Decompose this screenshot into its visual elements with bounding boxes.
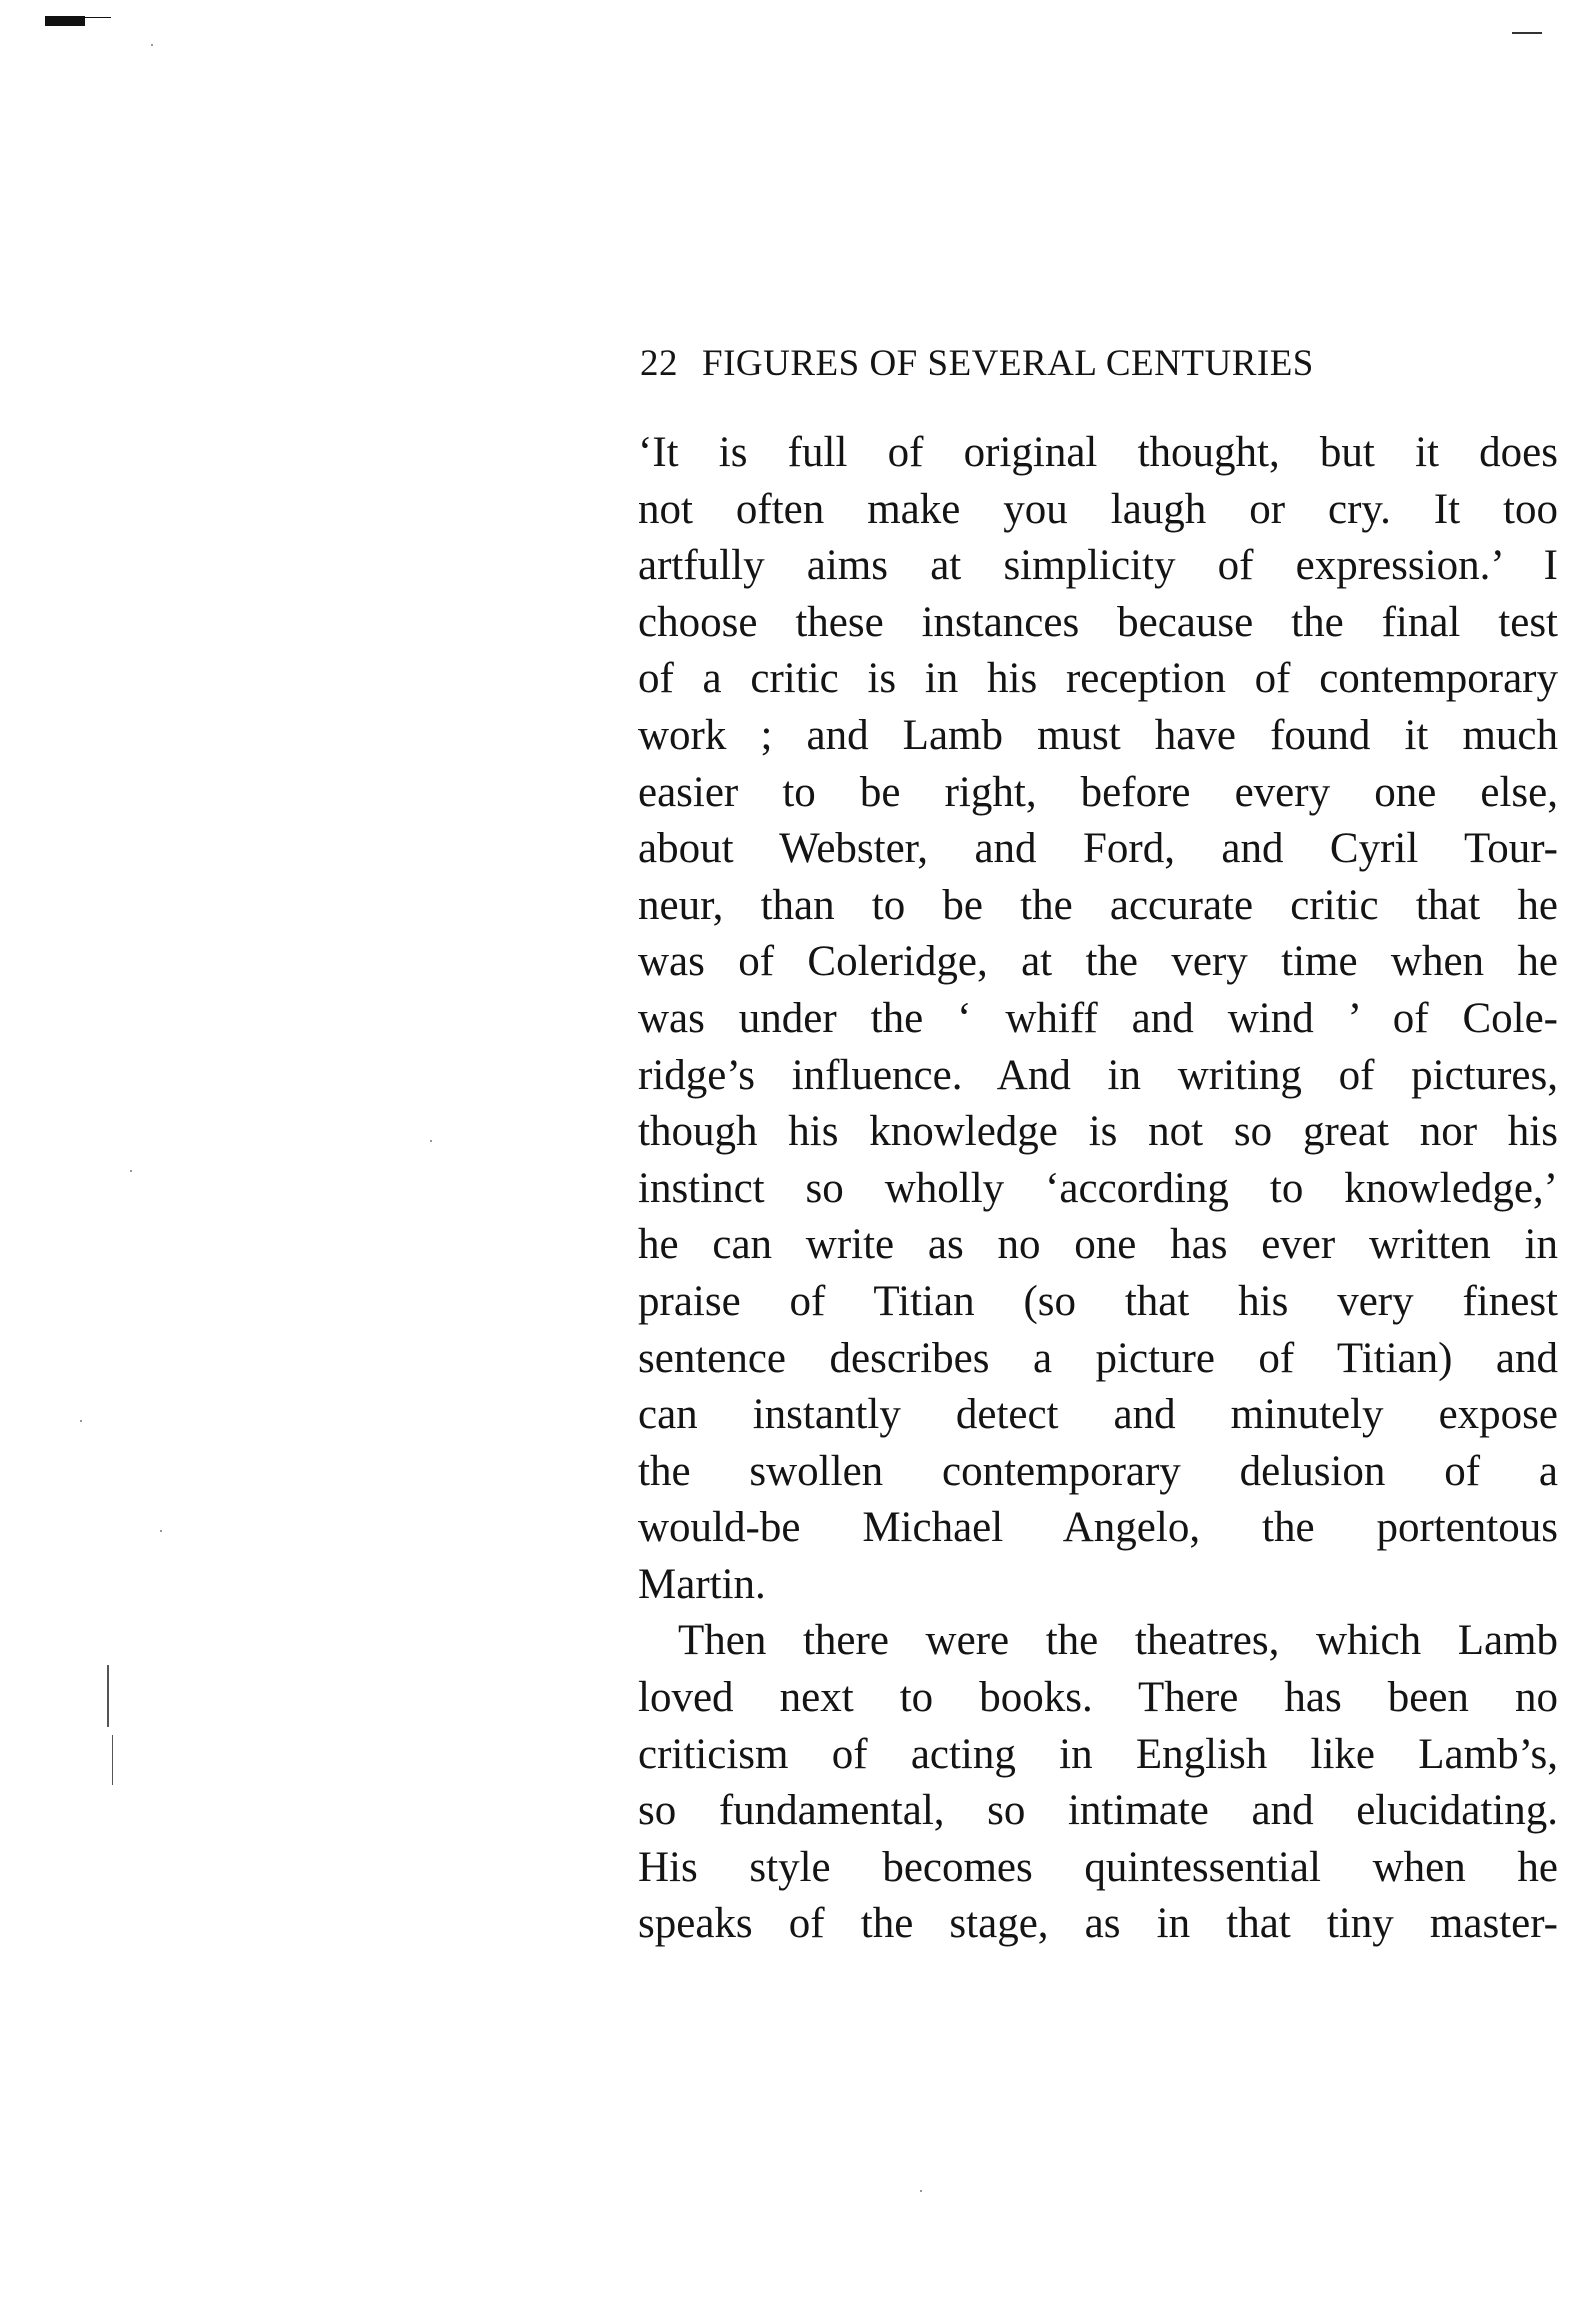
- paragraph-1: ‘It is full of original thought, but it …: [638, 425, 1558, 1613]
- scan-speck: [80, 1420, 82, 1422]
- text-line: Martin.: [638, 1557, 1558, 1614]
- text-line: the swollen contemporary delusion of a: [638, 1444, 1558, 1501]
- text-line: he can write as no one has ever written …: [638, 1217, 1558, 1274]
- text-line: Then there were the theatres, which Lamb: [638, 1613, 1558, 1670]
- book-title: FIGURES OF SEVERAL CENTURIES: [702, 343, 1314, 384]
- paragraph-2: Then there were the theatres, which Lamb…: [638, 1613, 1558, 1953]
- text-line: criticism of acting in English like Lamb…: [638, 1727, 1558, 1784]
- text-line: of a critic is in his reception of conte…: [638, 651, 1558, 708]
- text-line: neur, than to be the accurate critic tha…: [638, 878, 1558, 935]
- gutter-mark: [112, 1735, 113, 1785]
- text-line: work ; and Lamb must have found it much: [638, 708, 1558, 765]
- text-line: sentence describes a picture of Titian) …: [638, 1331, 1558, 1388]
- scan-speck: [160, 1530, 162, 1532]
- text-line: speaks of the stage, as in that tiny mas…: [638, 1896, 1558, 1953]
- text-line: not often make you laugh or cry. It too: [638, 482, 1558, 539]
- scan-corner-mark: [45, 16, 85, 26]
- scanned-book-page: 22FIGURES OF SEVERAL CENTURIES ‘It is fu…: [0, 0, 1588, 2315]
- text-line: can instantly detect and minutely expose: [638, 1387, 1558, 1444]
- scan-speck: [151, 44, 153, 46]
- text-line: ridge’s influence. And in writing of pic…: [638, 1048, 1558, 1105]
- text-line: artfully aims at simplicity of expressio…: [638, 538, 1558, 595]
- gutter-mark: [107, 1665, 109, 1727]
- running-head: 22FIGURES OF SEVERAL CENTURIES: [640, 342, 1520, 385]
- text-line: about Webster, and Ford, and Cyril Tour-: [638, 821, 1558, 878]
- text-line: loved next to books. There has been no: [638, 1670, 1558, 1727]
- text-line: was under the ‘ whiff and wind ’ of Cole…: [638, 991, 1558, 1048]
- page-number: 22: [640, 342, 702, 385]
- scan-corner-mark: [1512, 32, 1542, 34]
- scan-speck: [130, 1170, 132, 1172]
- text-line: was of Coleridge, at the very time when …: [638, 934, 1558, 991]
- text-line: instinct so wholly ‘according to knowled…: [638, 1161, 1558, 1218]
- text-line: His style becomes quintessential when he: [638, 1840, 1558, 1897]
- text-line: choose these instances because the final…: [638, 595, 1558, 652]
- text-line: praise of Titian (so that his very fines…: [638, 1274, 1558, 1331]
- text-line: ‘It is full of original thought, but it …: [638, 425, 1558, 482]
- scan-speck: [430, 1140, 432, 1142]
- text-line: though his knowledge is not so great nor…: [638, 1104, 1558, 1161]
- text-line: easier to be right, before every one els…: [638, 765, 1558, 822]
- scan-speck: [920, 2190, 922, 2192]
- body-text: ‘It is full of original thought, but it …: [638, 425, 1558, 1953]
- text-line: so fundamental, so intimate and elucidat…: [638, 1783, 1558, 1840]
- text-line: would-be Michael Angelo, the portentous: [638, 1500, 1558, 1557]
